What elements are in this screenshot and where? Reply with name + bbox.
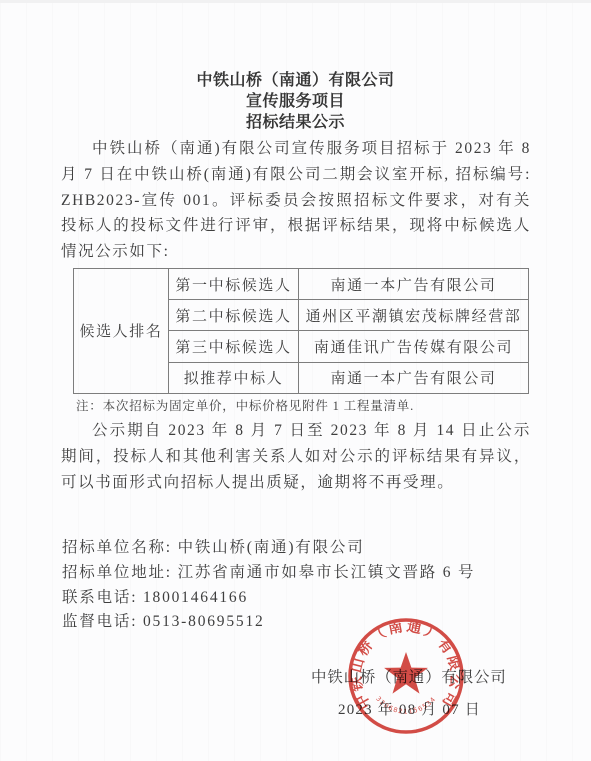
title-doctype-line: 招标结果公示 <box>0 112 591 133</box>
contact-phone: 联系电话: 18001464166 <box>62 586 532 611</box>
supervision-phone: 监督电话: 0513-80695512 <box>62 610 532 635</box>
company-cell: 通州区平潮镇宏茂标牌经营部 <box>299 300 529 331</box>
rank-cell: 第二中标候选人 <box>169 300 299 331</box>
signature-date: 2023 年 08 月 07 日 <box>338 698 481 719</box>
company-cell: 南通一本广告有限公司 <box>299 269 529 300</box>
document-title-block: 中铁山桥（南通）有限公司 宣传服务项目 招标结果公示 <box>0 70 591 133</box>
tender-unit-name: 招标单位名称: 中铁山桥(南通)有限公司 <box>62 536 532 561</box>
rank-cell: 第三中标候选人 <box>169 331 299 362</box>
company-cell: 南通一本广告有限公司 <box>299 362 529 393</box>
company-cell: 南通佳讯广告传媒有限公司 <box>299 331 529 362</box>
row-header-cell: 候选人排名 <box>74 269 169 394</box>
scan-edge-shadow <box>0 0 591 3</box>
publicity-period-paragraph: 公示期自 2023 年 8 月 7 日至 2023 年 8 月 14 日止公示期… <box>61 418 531 495</box>
intro-paragraph: 中铁山桥（南通)有限公司宣传服务项目招标于 2023 年 8 月 7 日在中铁山… <box>61 136 531 265</box>
rank-cell: 拟推荐中标人 <box>169 362 299 393</box>
title-project-line: 宣传服务项目 <box>0 91 591 112</box>
title-company-line: 中铁山桥（南通）有限公司 <box>0 70 591 91</box>
table-footnote: 注：本次招标为固定单价，中标价格见附件 1 工程量清单. <box>76 396 546 414</box>
signature-company: 中铁山桥（南通）有限公司 <box>311 665 507 687</box>
rank-cell: 第一中标候选人 <box>169 269 299 300</box>
contact-block: 招标单位名称: 中铁山桥(南通)有限公司 招标单位地址: 江苏省南通市如皋市长江… <box>62 536 532 635</box>
scanned-document-page: 中铁山桥（南通）有限公司 宣传服务项目 招标结果公示 中铁山桥（南通)有限公司宣… <box>0 0 591 761</box>
tender-unit-address: 招标单位地址: 江苏省南通市如皋市长江镇文晋路 6 号 <box>62 561 532 586</box>
candidates-table: 候选人排名 第一中标候选人 南通一本广告有限公司 第二中标候选人 通州区平潮镇宏… <box>73 268 529 394</box>
table-row: 候选人排名 第一中标候选人 南通一本广告有限公司 <box>74 269 529 300</box>
